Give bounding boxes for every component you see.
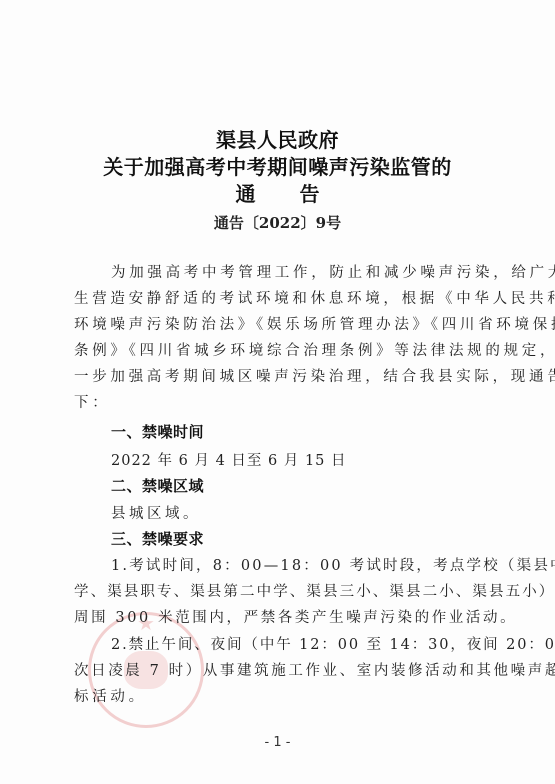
section-heading-noise-time: 一、禁噪时间 xyxy=(111,421,204,442)
intro-line-3: 环境噪声污染防治法》《娱乐场所管理办法》《四川省环境保护 xyxy=(74,314,489,336)
document-number: 通告〔2022〕9号 xyxy=(0,212,555,233)
intro-line-6: 下： xyxy=(74,392,489,414)
notice-type-char-1: 通 xyxy=(236,178,256,207)
notice-type-title: 通告 xyxy=(0,178,555,207)
notice-title: 关于加强高考中考期间噪声污染监管的 xyxy=(0,151,555,180)
requirement-1-line-3: 周围 300 米范围内，严禁各类产生噪声污染的作业活动。 xyxy=(74,607,489,629)
intro-line-1: 为加强高考中考管理工作，防止和减少噪声污染，给广大考 xyxy=(111,262,489,284)
requirement-1-line-1: 1.考试时间，8：00—18：00 考试时段，考点学校（渠县中 xyxy=(111,555,489,577)
requirement-2-line-2: 次日凌晨 7 时）从事建筑施工作业、室内装修活动和其他噪声超 xyxy=(74,660,489,682)
notice-type-char-2: 告 xyxy=(300,178,320,207)
section-heading-noise-area: 二、禁噪区域 xyxy=(111,475,204,496)
document-page: ★ 渠县人民政府 关于加强高考中考期间噪声污染监管的 通告 通告〔2022〕9号… xyxy=(0,0,555,784)
intro-line-5: 一步加强高考期间城区噪声污染治理，结合我县实际，现通告如 xyxy=(74,366,489,388)
requirement-2-line-1: 2.禁止午间、夜间（中午 12：00 至 14：30，夜间 20：00 至 xyxy=(111,634,489,656)
issuer-title: 渠县人民政府 xyxy=(0,124,555,153)
intro-line-4: 条例》《四川省城乡环境综合治理条例》等法律法规的规定，进 xyxy=(74,340,489,362)
intro-line-2: 生营造安静舒适的考试环境和休息环境，根据《中华人民共和国 xyxy=(74,288,489,310)
section-heading-noise-requirements: 三、禁噪要求 xyxy=(111,528,204,549)
requirement-1-line-2: 学、渠县职专、渠县第二中学、渠县三小、渠县二小、渠县五小） xyxy=(74,581,489,603)
requirement-2-line-3: 标活动。 xyxy=(74,686,489,708)
section-content-noise-time: 2022 年 6 月 4 日至 6 月 15 日 xyxy=(111,449,347,470)
page-number: - 1 - xyxy=(0,735,555,750)
section-content-noise-area: 县城区域。 xyxy=(111,502,201,523)
